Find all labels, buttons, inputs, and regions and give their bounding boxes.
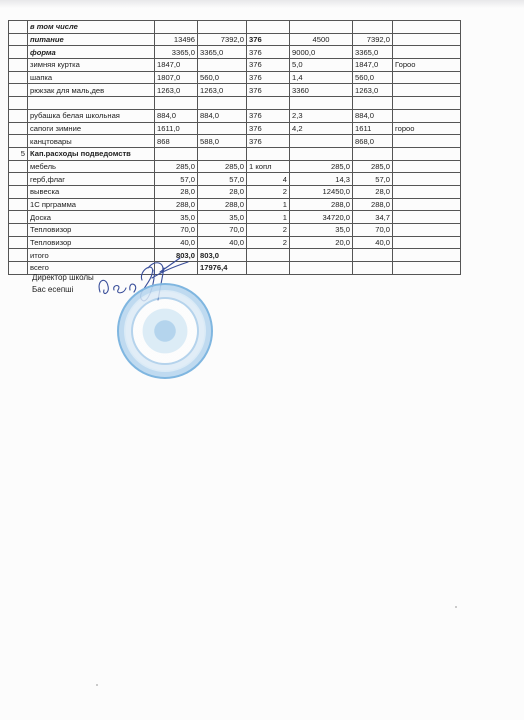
cell-value: 285,0 (155, 160, 198, 173)
cell-value: 803,0 (198, 249, 247, 262)
cell-value: 288,0 (198, 198, 247, 211)
cell-value (393, 249, 461, 262)
cell-value: 3365,0 (198, 46, 247, 59)
cell-value (393, 211, 461, 224)
budget-table: в том числепитание134967392,037645007392… (8, 20, 461, 275)
cell-value (353, 147, 393, 160)
row-label: рюкзак для маль,дев (28, 84, 155, 97)
cell-value (290, 249, 353, 262)
cell-value: 376 (247, 122, 290, 135)
cell-value (290, 147, 353, 160)
cell-value (393, 84, 461, 97)
cell-value: 884,0 (198, 109, 247, 122)
cell-value (393, 21, 461, 34)
table-row: рубашка белая школьная884,0884,03762,388… (9, 109, 461, 122)
cell-value (353, 262, 393, 275)
cell-value (393, 198, 461, 211)
cell-value (247, 21, 290, 34)
row-number (9, 249, 28, 262)
row-number (9, 71, 28, 84)
cell-value: 285,0 (353, 160, 393, 173)
row-label: зимняя куртка (28, 59, 155, 72)
cell-value (353, 97, 393, 110)
cell-value: 40,0 (198, 236, 247, 249)
cell-value: 14,3 (290, 173, 353, 186)
table-row: Тепловизор70,070,0235,070,0 (9, 224, 461, 237)
cell-value: 2,3 (290, 109, 353, 122)
cell-value (393, 185, 461, 198)
cell-value (393, 236, 461, 249)
row-number (9, 224, 28, 237)
cell-value: 3365,0 (353, 46, 393, 59)
row-label: шапка (28, 71, 155, 84)
table-row: питание134967392,037645007392,0 (9, 33, 461, 46)
cell-value: 2 (247, 236, 290, 249)
row-number (9, 33, 28, 46)
accountant-label: Бас есепші (32, 284, 94, 296)
cell-value (247, 97, 290, 110)
table-row: рюкзак для маль,дев1263,01263,0376336012… (9, 84, 461, 97)
row-number (9, 46, 28, 59)
cell-value (393, 224, 461, 237)
cell-value: 5,0 (290, 59, 353, 72)
row-number (9, 109, 28, 122)
director-label: Директор школы (32, 272, 94, 284)
cell-value: 376 (247, 109, 290, 122)
cell-value: 3365,0 (155, 46, 198, 59)
row-label: мебель (28, 160, 155, 173)
row-label: канцтовары (28, 135, 155, 148)
cell-value (290, 97, 353, 110)
cell-value (393, 33, 461, 46)
cell-value (155, 147, 198, 160)
row-number (9, 59, 28, 72)
table-row: в том числе (9, 21, 461, 34)
row-label: сапоги зимние (28, 122, 155, 135)
cell-value: 1807,0 (155, 71, 198, 84)
table-row (9, 97, 461, 110)
cell-value: 376 (247, 33, 290, 46)
row-label: вывеска (28, 185, 155, 198)
cell-value (155, 97, 198, 110)
cell-value: 1,4 (290, 71, 353, 84)
cell-value: 285,0 (290, 160, 353, 173)
row-number (9, 262, 28, 275)
cell-value: 4,2 (290, 122, 353, 135)
cell-value (198, 59, 247, 72)
row-label: Кап.расходы подведомств (28, 147, 155, 160)
row-label: форма (28, 46, 155, 59)
table-row: форма3365,03365,03769000,03365,0 (9, 46, 461, 59)
row-number (9, 97, 28, 110)
row-label: в том числе (28, 21, 155, 34)
cell-value: 28,0 (155, 185, 198, 198)
row-number: 5 (9, 147, 28, 160)
signature-block: Директор школы Бас есепші (32, 272, 94, 296)
cell-value: 1611,0 (155, 122, 198, 135)
cell-value: 884,0 (155, 109, 198, 122)
scan-speck (455, 606, 457, 608)
cell-value: 40,0 (353, 236, 393, 249)
cell-value: 588,0 (198, 135, 247, 148)
cell-value: 34720,0 (290, 211, 353, 224)
cell-value: 35,0 (155, 211, 198, 224)
row-number (9, 84, 28, 97)
cell-value: 2 (247, 224, 290, 237)
cell-value: 28,0 (198, 185, 247, 198)
cell-value: 1263,0 (198, 84, 247, 97)
table-row: мебель285,0285,01 копл285,0285,0 (9, 160, 461, 173)
cell-value (247, 249, 290, 262)
cell-value (353, 21, 393, 34)
cell-value: 1847,0 (155, 59, 198, 72)
table-row: итого803,0803,0 (9, 249, 461, 262)
cell-value: 2 (247, 185, 290, 198)
cell-value: гороо (393, 122, 461, 135)
cell-value: 376 (247, 59, 290, 72)
cell-value: 70,0 (198, 224, 247, 237)
cell-value (198, 122, 247, 135)
table-row: герб,флаг57,057,0414,357,0 (9, 173, 461, 186)
cell-value: 4 (247, 173, 290, 186)
cell-value (290, 21, 353, 34)
cell-value: 1 копл (247, 160, 290, 173)
cell-value (393, 135, 461, 148)
cell-value: 7392,0 (353, 33, 393, 46)
cell-value: 288,0 (290, 198, 353, 211)
cell-value: 1 (247, 211, 290, 224)
cell-value (393, 109, 461, 122)
cell-value: 3360 (290, 84, 353, 97)
cell-value: 17976,4 (198, 262, 247, 275)
cell-value: 376 (247, 135, 290, 148)
row-number (9, 160, 28, 173)
cell-value: 4500 (290, 33, 353, 46)
row-label: Доска (28, 211, 155, 224)
cell-value: 376 (247, 71, 290, 84)
row-label (28, 97, 155, 110)
cell-value: 57,0 (155, 173, 198, 186)
cell-value (393, 262, 461, 275)
row-label: герб,флаг (28, 173, 155, 186)
row-number (9, 198, 28, 211)
cell-value (198, 147, 247, 160)
cell-value (290, 135, 353, 148)
cell-value: 1847,0 (353, 59, 393, 72)
table-row: шапка1807,0560,03761,4560,0 (9, 71, 461, 84)
cell-value (247, 147, 290, 160)
cell-value: 288,0 (353, 198, 393, 211)
cell-value: 70,0 (155, 224, 198, 237)
cell-value: 28,0 (353, 185, 393, 198)
row-number (9, 21, 28, 34)
cell-value: 34,7 (353, 211, 393, 224)
row-number (9, 236, 28, 249)
row-number (9, 211, 28, 224)
official-stamp (117, 283, 213, 379)
cell-value (393, 160, 461, 173)
cell-value (393, 173, 461, 186)
table-row: зимняя куртка1847,03765,01847,0Гороо (9, 59, 461, 72)
table-row: Доска35,035,0134720,034,7 (9, 211, 461, 224)
table-row: 1С прграмма288,0288,01288,0288,0 (9, 198, 461, 211)
cell-value (155, 21, 198, 34)
cell-value (353, 249, 393, 262)
table-row: 5Кап.расходы подведомств (9, 147, 461, 160)
cell-value: 285,0 (198, 160, 247, 173)
scan-edge (0, 0, 524, 8)
row-label: рубашка белая школьная (28, 109, 155, 122)
table-row: вывеска28,028,0212450,028,0 (9, 185, 461, 198)
cell-value: 1263,0 (155, 84, 198, 97)
row-number (9, 185, 28, 198)
row-label: Тепловизор (28, 236, 155, 249)
row-label: 1С прграмма (28, 198, 155, 211)
cell-value (198, 21, 247, 34)
cell-value: 1 (247, 198, 290, 211)
row-number (9, 173, 28, 186)
cell-value: 12450,0 (290, 185, 353, 198)
cell-value (393, 147, 461, 160)
row-label: Тепловизор (28, 224, 155, 237)
cell-value: 560,0 (353, 71, 393, 84)
cell-value (198, 97, 247, 110)
cell-value: 884,0 (353, 109, 393, 122)
cell-value: 1263,0 (353, 84, 393, 97)
cell-value: 7392,0 (198, 33, 247, 46)
cell-value (393, 97, 461, 110)
table-row: сапоги зимние1611,03764,21611гороо (9, 122, 461, 135)
cell-value: 20,0 (290, 236, 353, 249)
cell-value: 288,0 (155, 198, 198, 211)
cell-value: 57,0 (353, 173, 393, 186)
table-row: канцтовары868588,0376868,0 (9, 135, 461, 148)
cell-value: 560,0 (198, 71, 247, 84)
cell-value: 868 (155, 135, 198, 148)
cell-value (393, 46, 461, 59)
cell-value: 9000,0 (290, 46, 353, 59)
cell-value: 35,0 (198, 211, 247, 224)
row-number (9, 135, 28, 148)
row-number (9, 122, 28, 135)
cell-value: 376 (247, 84, 290, 97)
cell-value (247, 262, 290, 275)
cell-value: 35,0 (290, 224, 353, 237)
cell-value: Гороо (393, 59, 461, 72)
cell-value: 70,0 (353, 224, 393, 237)
cell-value: 1611 (353, 122, 393, 135)
scan-speck (96, 684, 98, 686)
cell-value: 40,0 (155, 236, 198, 249)
row-label: питание (28, 33, 155, 46)
cell-value (290, 262, 353, 275)
cell-value: 13496 (155, 33, 198, 46)
cell-value: 57,0 (198, 173, 247, 186)
cell-value (393, 71, 461, 84)
table-row: Тепловизор40,040,0220,040,0 (9, 236, 461, 249)
cell-value: 868,0 (353, 135, 393, 148)
cell-value: 376 (247, 46, 290, 59)
